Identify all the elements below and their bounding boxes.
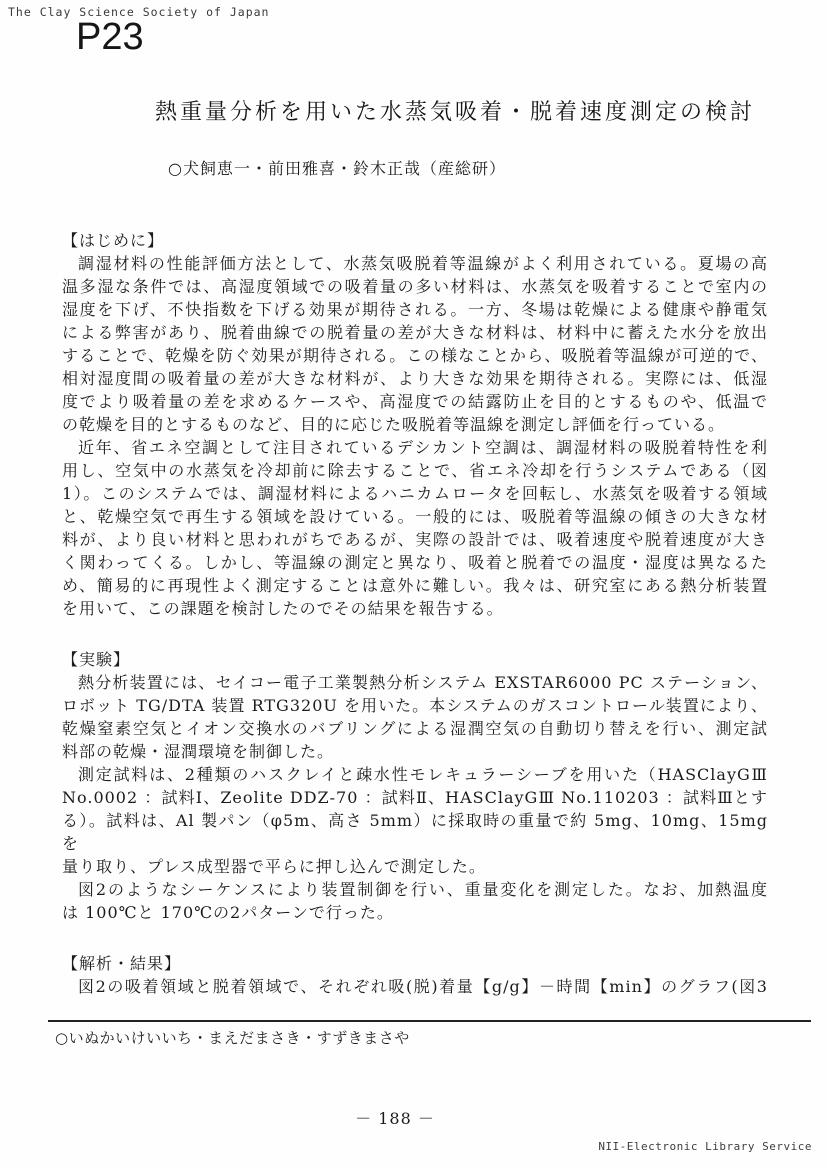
scanned-document-page: The Clay Science Society of Japan P23 熱重… (0, 0, 827, 1170)
text-line: 調湿材料の性能評価方法として、水蒸気吸脱着等温線がよく利用されている。夏場の高 (62, 252, 768, 275)
text-line: 料が、より良い材料と思われがちであるが、実際の設計では、吸着速度や脱着速度が大き (62, 528, 768, 551)
text-line: No.0002 ：試料Ⅰ、Zeolite DDZ-70 ：試料Ⅱ、HASClay… (62, 786, 768, 809)
text-line: 図2の吸着領域と脱着領域で、それぞれ吸(脱)着量【g/g】－時間【min】のグラ… (62, 975, 768, 998)
text-line: 乾燥窒素空気とイオン交換水のバブリングによる湿潤空気の自動切り替えを行い、測定試 (62, 717, 768, 740)
text-line: く関わってくる。しかし、等温線の測定と異なり、吸着と脱着での温度・湿度は異なるた (62, 551, 768, 574)
text-line: 料部の乾燥・湿潤環境を制御した。 (62, 740, 768, 763)
section-heading-intro: 【はじめに】 (62, 229, 768, 252)
experiment-paragraph-1: 熱分析装置には、セイコー電子工業製熱分析システム EXSTAR6000 PC ス… (62, 671, 768, 763)
intro-paragraph-2: 近年、省エネ空調として注目されているデシカント空調は、調湿材料の吸脱着特性を利 … (62, 436, 768, 620)
text-line: 1）。このシステムでは、調湿材料によるハニカムロータを回転し、水蒸気を吸着する領… (62, 482, 768, 505)
text-line: 図2のようなシーケンスにより装置制御を行い、重量変化を測定した。なお、加熱温度 (62, 878, 768, 901)
text-line: 近年、省エネ空調として注目されているデシカント空調は、調湿材料の吸脱着特性を利 (62, 436, 768, 459)
text-line: 用し、空気中の水蒸気を冷却前に除去することで、省エネ冷却を行うシステムである（図 (62, 459, 768, 482)
text-line: は 100℃と 170℃の2パターンで行った。 (62, 901, 768, 924)
text-line: 相対湿度間の吸着量の差が大きな材料が、より大きな効果を期待される。実際には、低湿 (62, 367, 768, 390)
footnote-divider (48, 1020, 811, 1022)
footnote-authors-kana: ○いぬかいけいいち・まえだまさき・すずきまさや (55, 1027, 410, 1048)
abstract-body: 【はじめに】 調湿材料の性能評価方法として、水蒸気吸脱着等温線がよく利用されてい… (62, 229, 768, 998)
text-line: る）。試料は、Al 製パン（φ5m、高さ 5mm）に採取時の重量で約 5mg、1… (62, 809, 768, 855)
text-line: ロボット TG/DTA 装置 RTG320U を用いた。本システムのガスコントロ… (62, 694, 768, 717)
paper-title: 熱重量分析を用いた水蒸気吸着・脱着速度測定の検討 (155, 95, 755, 126)
experiment-paragraph-2: 測定試料は、2種類のハスクレイと疎水性モレキュラーシーブを用いた（HASClay… (62, 763, 768, 878)
text-line: することで、乾燥を防ぐ効果が期待される。この様なことから、吸脱着等温線が可逆的で… (62, 344, 768, 367)
library-service-note: NII-Electronic Library Service (598, 1140, 812, 1153)
text-line: 度でより吸着量の差を求めるケースや、高湿度での結露防止を目的とするものや、低温で (62, 390, 768, 413)
text-line: と、乾燥空気で再生する領域を設けている。一般的には、吸脱着等温線の傾きの大きな材 (62, 505, 768, 528)
text-line: 熱分析装置には、セイコー電子工業製熱分析システム EXSTAR6000 PC ス… (62, 671, 768, 694)
results-paragraph-1: 図2の吸着領域と脱着領域で、それぞれ吸(脱)着量【g/g】－時間【min】のグラ… (62, 975, 768, 998)
text-line: による弊害があり、脱着曲線での脱着量の差が大きな材料は、材料中に蓄えた水分を放出 (62, 321, 768, 344)
authors-line: ○犬飼恵一・前田雅喜・鈴木正哉（産総研） (168, 156, 506, 179)
intro-paragraph-1: 調湿材料の性能評価方法として、水蒸気吸脱着等温線がよく利用されている。夏場の高 … (62, 252, 768, 436)
text-line: 測定試料は、2種類のハスクレイと疎水性モレキュラーシーブを用いた（HASClay… (62, 763, 768, 786)
text-line: め、簡易的に再現性よく測定することは意外に難しい。我々は、研究室にある熱分析装置 (62, 574, 768, 597)
page-number: － 188 － (0, 1106, 790, 1129)
paper-id: P23 (76, 18, 144, 56)
section-heading-experiment: 【実験】 (62, 648, 768, 671)
text-line: 量り取り、プレス成型器で平らに押し込んで測定した。 (62, 855, 768, 878)
text-line: 湿度を下げ、不快指数を下げる効果が期待される。一方、冬場は乾燥による健康や静電気 (62, 298, 768, 321)
text-line: を用いて、この課題を検討したのでその結果を報告する。 (62, 597, 768, 620)
text-line: 温多湿な条件では、高湿度領域での吸着量の多い材料は、水蒸気を吸着することで室内の (62, 275, 768, 298)
section-heading-results: 【解析・結果】 (62, 952, 768, 975)
text-line: の乾燥を目的とするものなど、目的に応じた吸脱着等温線を測定し評価を行っている。 (62, 413, 768, 436)
experiment-paragraph-3: 図2のようなシーケンスにより装置制御を行い、重量変化を測定した。なお、加熱温度 … (62, 878, 768, 924)
